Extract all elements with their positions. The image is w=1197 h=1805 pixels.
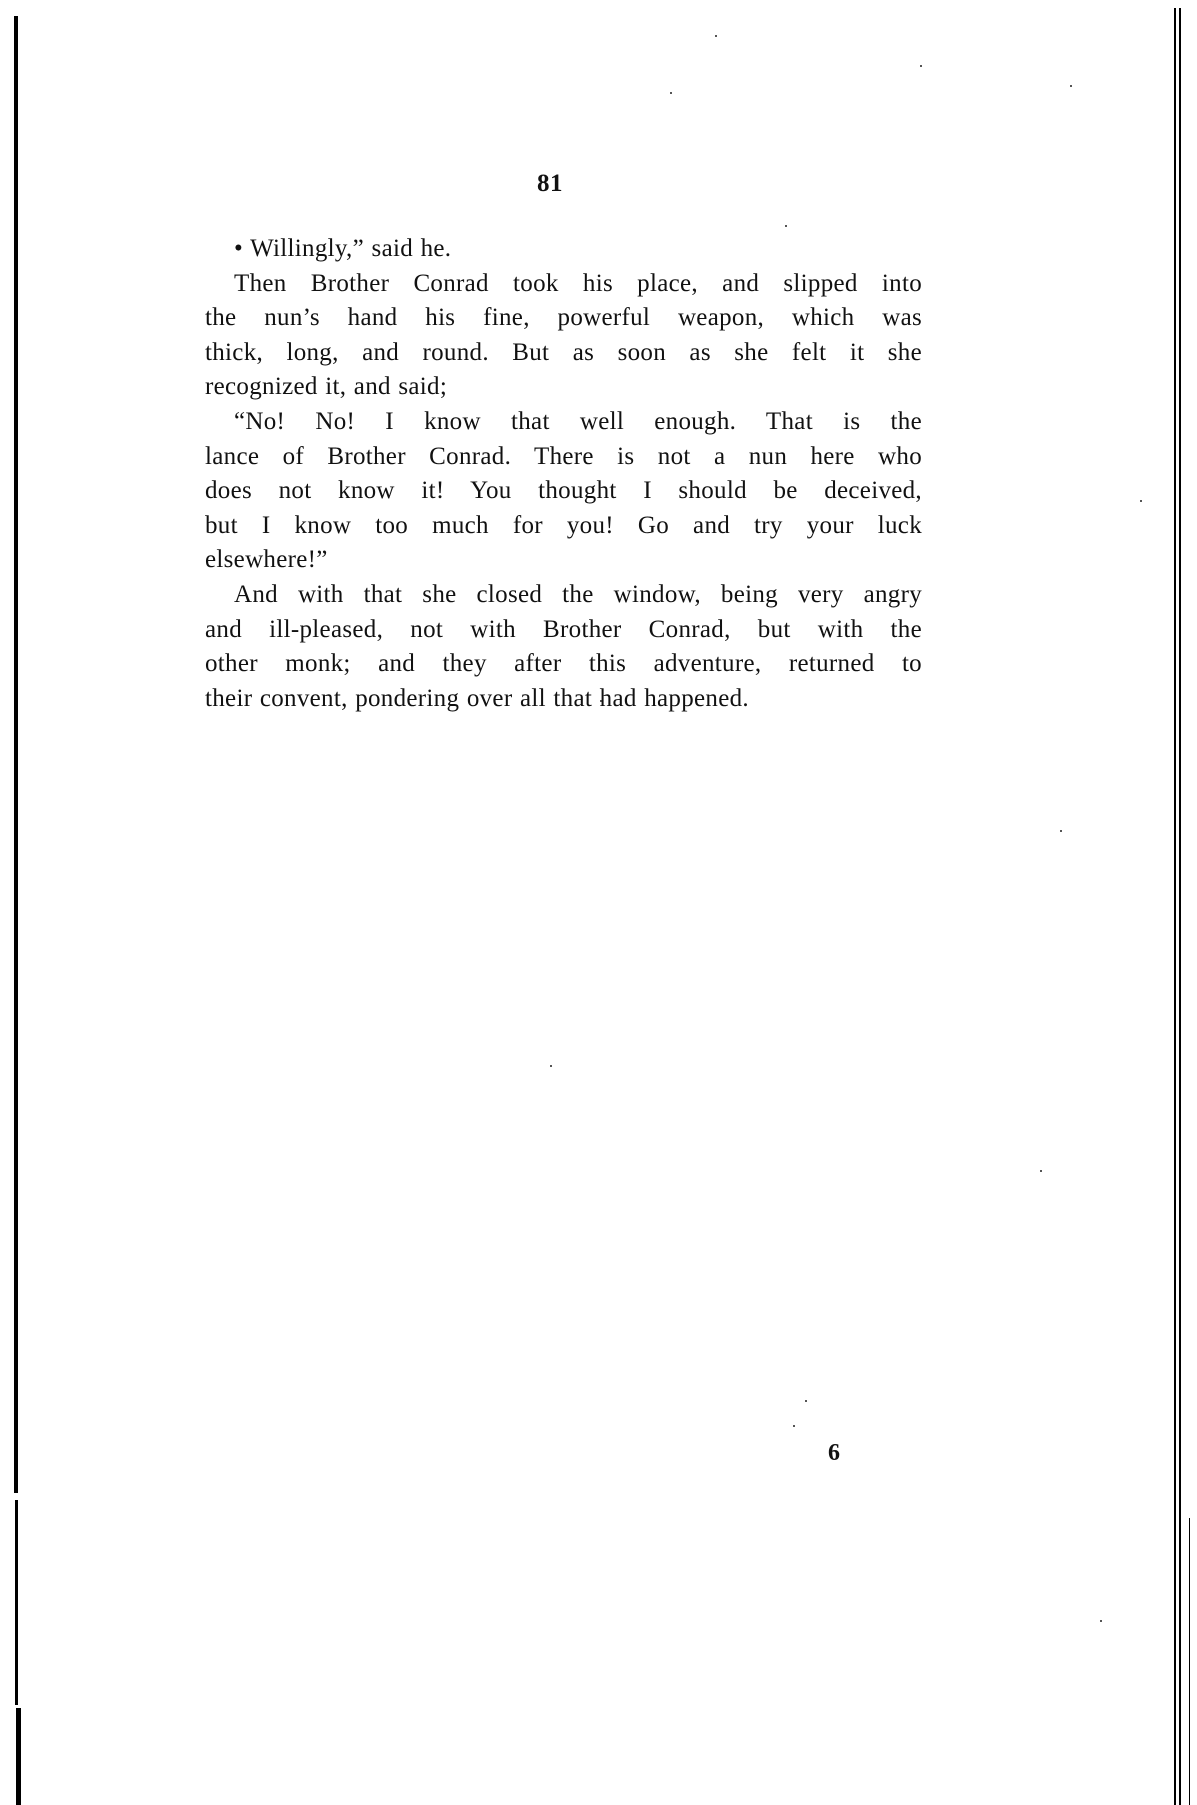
text-line: thick, long, and round. But as soon as s… (176, 336, 922, 371)
paragraph: • Willingly,” said he. (176, 232, 922, 267)
left-edge-scan-line (14, 16, 18, 1493)
text-line: lance of Brother Conrad. There is not a … (176, 440, 922, 475)
left-edge-scan-line (16, 1708, 21, 1805)
scan-speck (1100, 1620, 1102, 1622)
scan-speck (670, 92, 672, 94)
text-line: their convent, pondering over all that h… (176, 682, 922, 717)
left-edge-scan-line (15, 1500, 18, 1705)
scan-speck (1140, 500, 1142, 502)
text-line: recognized it, and said; (176, 370, 922, 405)
scan-speck (1070, 85, 1072, 87)
text-line: and ill-pleased, not with Brother Conrad… (176, 613, 922, 648)
text-line: elsewhere!” (176, 543, 922, 578)
text-line: “No! No! I know that well enough. That i… (176, 405, 922, 440)
scan-speck (805, 1400, 807, 1402)
scan-speck (715, 35, 717, 37)
scan-speck (1040, 1170, 1042, 1172)
scan-speck (1060, 830, 1062, 832)
paragraph: And with that she closed the window, bei… (176, 578, 922, 716)
text-line: • Willingly,” said he. (176, 232, 922, 267)
text-line: does not know it! You thought I should b… (176, 474, 922, 509)
right-edge-scan-line (1189, 1518, 1190, 1805)
scan-speck (920, 65, 922, 67)
paragraph: Then Brother Conrad took his place, and … (176, 267, 922, 405)
paragraph: “No! No! I know that well enough. That i… (176, 405, 922, 578)
right-edge-scan-line (1179, 8, 1181, 1805)
scan-speck (550, 1065, 552, 1067)
scan-speck (785, 225, 787, 227)
text-line: but I know too much for you! Go and try … (176, 509, 922, 544)
scan-speck (793, 1425, 795, 1427)
text-line: other monk; and they after this adventur… (176, 647, 922, 682)
right-edge-scan-line (1174, 8, 1176, 1805)
body-text: • Willingly,” said he. Then Brother Conr… (176, 232, 922, 716)
text-line: the nun’s hand his fine, powerful weapon… (176, 301, 922, 336)
signature-mark: 6 (828, 1440, 840, 1467)
page-number: 81 (0, 170, 1100, 198)
text-line: Then Brother Conrad took his place, and … (176, 267, 922, 302)
text-line: And with that she closed the window, bei… (176, 578, 922, 613)
